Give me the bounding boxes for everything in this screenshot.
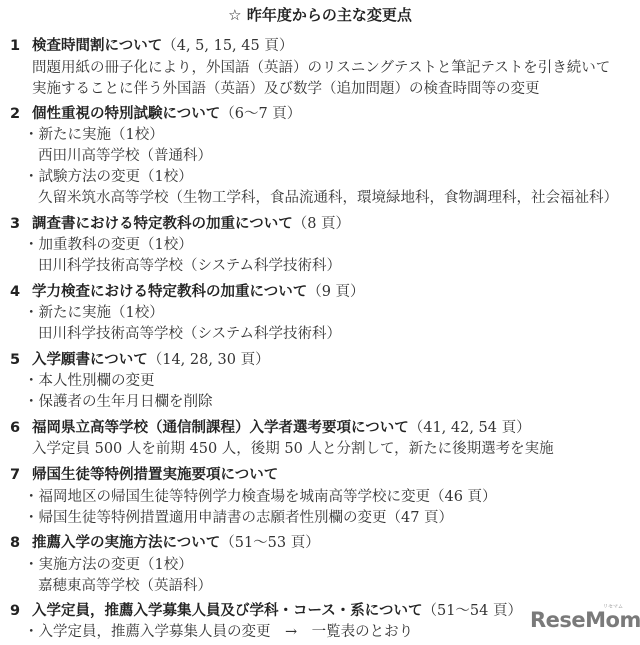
bullet-item: ・福岡地区の帰国生徒等特例学力検査場を城南高等学校に変更（46 頁） xyxy=(24,487,497,507)
page-ref: （4, 5, 15, 45 頁） xyxy=(162,38,293,54)
bullet-item: ・実施方法の変更（1校） xyxy=(24,555,193,575)
bullet-item: ・入学定員，推薦入学募集人員の変更 → 一覧表のとおり xyxy=(24,622,413,642)
section-title: 学力検査における特定教科の加重について xyxy=(32,284,307,300)
section-number: 1 xyxy=(10,36,32,56)
page-title: ☆ 昨年度からの主な変更点 xyxy=(0,4,640,26)
section-number: 4 xyxy=(10,282,32,302)
school-name: 西田川高等学校（普通科） xyxy=(38,146,212,166)
bullet-item: ・試験方法の変更（1校） xyxy=(24,167,193,187)
school-name: 嘉穂東高等学校（英語科） xyxy=(38,576,212,596)
school-name: 田川科学技術高等学校（システム科学技術科） xyxy=(38,256,341,276)
section-heading-6: 6福岡県立高等学校（通信制課程）入学者選考要項について（41, 42, 54 頁… xyxy=(10,418,531,438)
school-name: 久留米筑水高等学校（生物工学科，食品流通科，環境緑地科，食物調理科，社会福祉科） xyxy=(38,188,618,208)
bullet-item: ・新たに実施（1校） xyxy=(24,303,164,323)
page-ref: （8 頁） xyxy=(293,216,350,232)
section-title: 個性重視の特別試験について xyxy=(32,106,220,122)
bullet-item: ・帰国生徒等特例措置適用申請書の志願者性別欄の変更（47 頁） xyxy=(24,508,453,528)
section-title: 調査書における特定教科の加重について xyxy=(32,216,293,232)
section-title: 帰国生徒等特例措置実施要項について xyxy=(32,467,278,483)
section-number: 9 xyxy=(10,601,32,621)
page-ref: （14, 28, 30 頁） xyxy=(148,352,270,368)
section-number: 7 xyxy=(10,465,32,485)
school-name: 田川科学技術高等学校（システム科学技術科） xyxy=(38,324,341,344)
section-heading-7: 7帰国生徒等特例措置実施要項について xyxy=(10,465,278,485)
section-title: 福岡県立高等学校（通信制課程）入学者選考要項について xyxy=(32,420,409,436)
section-text: 問題用紙の冊子化により，外国語（英語）のリスニングテストと筆記テストを引き続いて xyxy=(32,58,610,78)
section-heading-5: 5入学願書について（14, 28, 30 頁） xyxy=(10,350,270,370)
section-heading-8: 8推薦入学の実施方法について（51～53 頁） xyxy=(10,533,320,553)
bullet-item: ・加重教科の変更（1校） xyxy=(24,235,193,255)
section-number: 8 xyxy=(10,533,32,553)
section-heading-4: 4学力検査における特定教科の加重について（9 頁） xyxy=(10,282,365,302)
section-number: 5 xyxy=(10,350,32,370)
page-ref: （51～54 頁） xyxy=(422,603,522,619)
bullet-item: ・保護者の生年月日欄を削除 xyxy=(24,392,213,412)
section-text: 実施することに伴う外国語（英語）及び数学（追加問題）の検査時間等の変更 xyxy=(32,79,540,99)
page-ref: （9 頁） xyxy=(307,284,364,300)
section-heading-9: 9入学定員，推薦入学募集人員及び学科・コース・系について（51～54 頁） xyxy=(10,601,522,621)
section-title: 入学定員，推薦入学募集人員及び学科・コース・系について xyxy=(32,603,422,619)
section-title: 推薦入学の実施方法について xyxy=(32,535,220,551)
section-title: 入学願書について xyxy=(32,352,148,368)
page-ref: （51～53 頁） xyxy=(220,535,320,551)
section-title: 検査時間割について xyxy=(32,38,162,54)
resemom-logo: ReseMom xyxy=(530,608,640,632)
bullet-item: ・本人性別欄の変更 xyxy=(24,371,155,391)
section-number: 3 xyxy=(10,214,32,234)
section-heading-3: 3調査書における特定教科の加重について（8 頁） xyxy=(10,214,350,234)
section-number: 6 xyxy=(10,418,32,438)
bullet-item: ・新たに実施（1校） xyxy=(24,125,164,145)
section-text: 入学定員 500 人を前期 450 人，後期 50 人と分割して，新たに後期選考… xyxy=(32,439,554,459)
section-heading-1: 1検査時間割について（4, 5, 15, 45 頁） xyxy=(10,36,293,56)
section-number: 2 xyxy=(10,104,32,124)
page-ref: （6～7 頁） xyxy=(220,106,301,122)
page-ref: （41, 42, 54 頁） xyxy=(409,420,531,436)
section-heading-2: 2個性重視の特別試験について（6～7 頁） xyxy=(10,104,301,124)
